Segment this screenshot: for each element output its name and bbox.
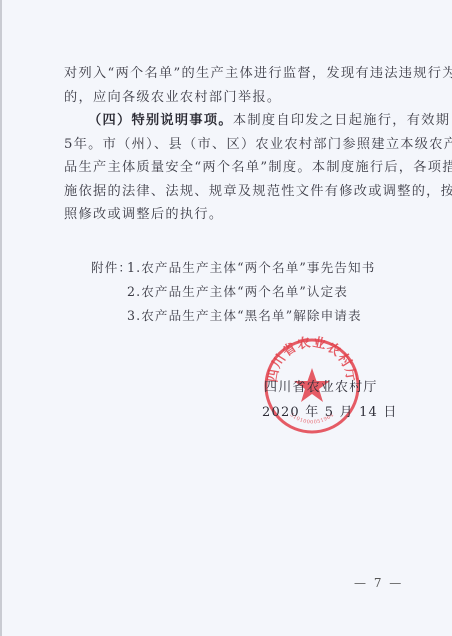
text-line: 照修改或调整后的执行。 — [64, 203, 394, 227]
text-fragment: 本制度自印发之日起施行，有效期 — [233, 113, 450, 128]
text-line: 的，应向各级农业农村部门举报。 — [64, 86, 394, 110]
paragraph-supervision: 对列入“两个名单”的生产主体进行监督，发现有违法违规行为 的，应向各级农业农村部… — [64, 62, 394, 109]
page-number: — 7 — — [354, 576, 403, 590]
text-line: 5年。市（州）、县（市、区）农业农村部门参照建立本级农产 — [64, 133, 394, 157]
paragraph-special-notes: （四）特别说明事项。本制度自印发之日起施行，有效期 5年。市（州）、县（市、区）… — [64, 109, 394, 227]
attachment-item: 2.农产品生产主体“两个名单”认定表 — [127, 281, 348, 300]
text-line: 品生产主体质量安全“两个名单”制度。本制度施行后，各项措 — [64, 156, 394, 180]
attachments-label: 附件： — [91, 257, 132, 276]
text-line: 对列入“两个名单”的生产主体进行监督，发现有违法违规行为 — [64, 62, 394, 86]
section-heading: （四）特别说明事项。 — [88, 113, 233, 128]
text-line: 施依据的法律、法规、规章及规范性文件有修改或调整的，按 — [64, 180, 394, 204]
signing-organization: 四川省农业农村厅 — [264, 376, 378, 395]
attachment-item: 1.农产品生产主体“两个名单”事先告知书 — [127, 257, 375, 276]
attachment-item: 3.农产品生产主体“黑名单”解除申请表 — [127, 305, 362, 324]
text-line: （四）特别说明事项。本制度自印发之日起施行，有效期 — [64, 109, 394, 133]
signing-date: 2020 年 5 月 14 日 — [262, 401, 398, 420]
document-page: 对列入“两个名单”的生产主体进行监督，发现有违法违规行为 的，应向各级农业农村部… — [0, 0, 452, 636]
